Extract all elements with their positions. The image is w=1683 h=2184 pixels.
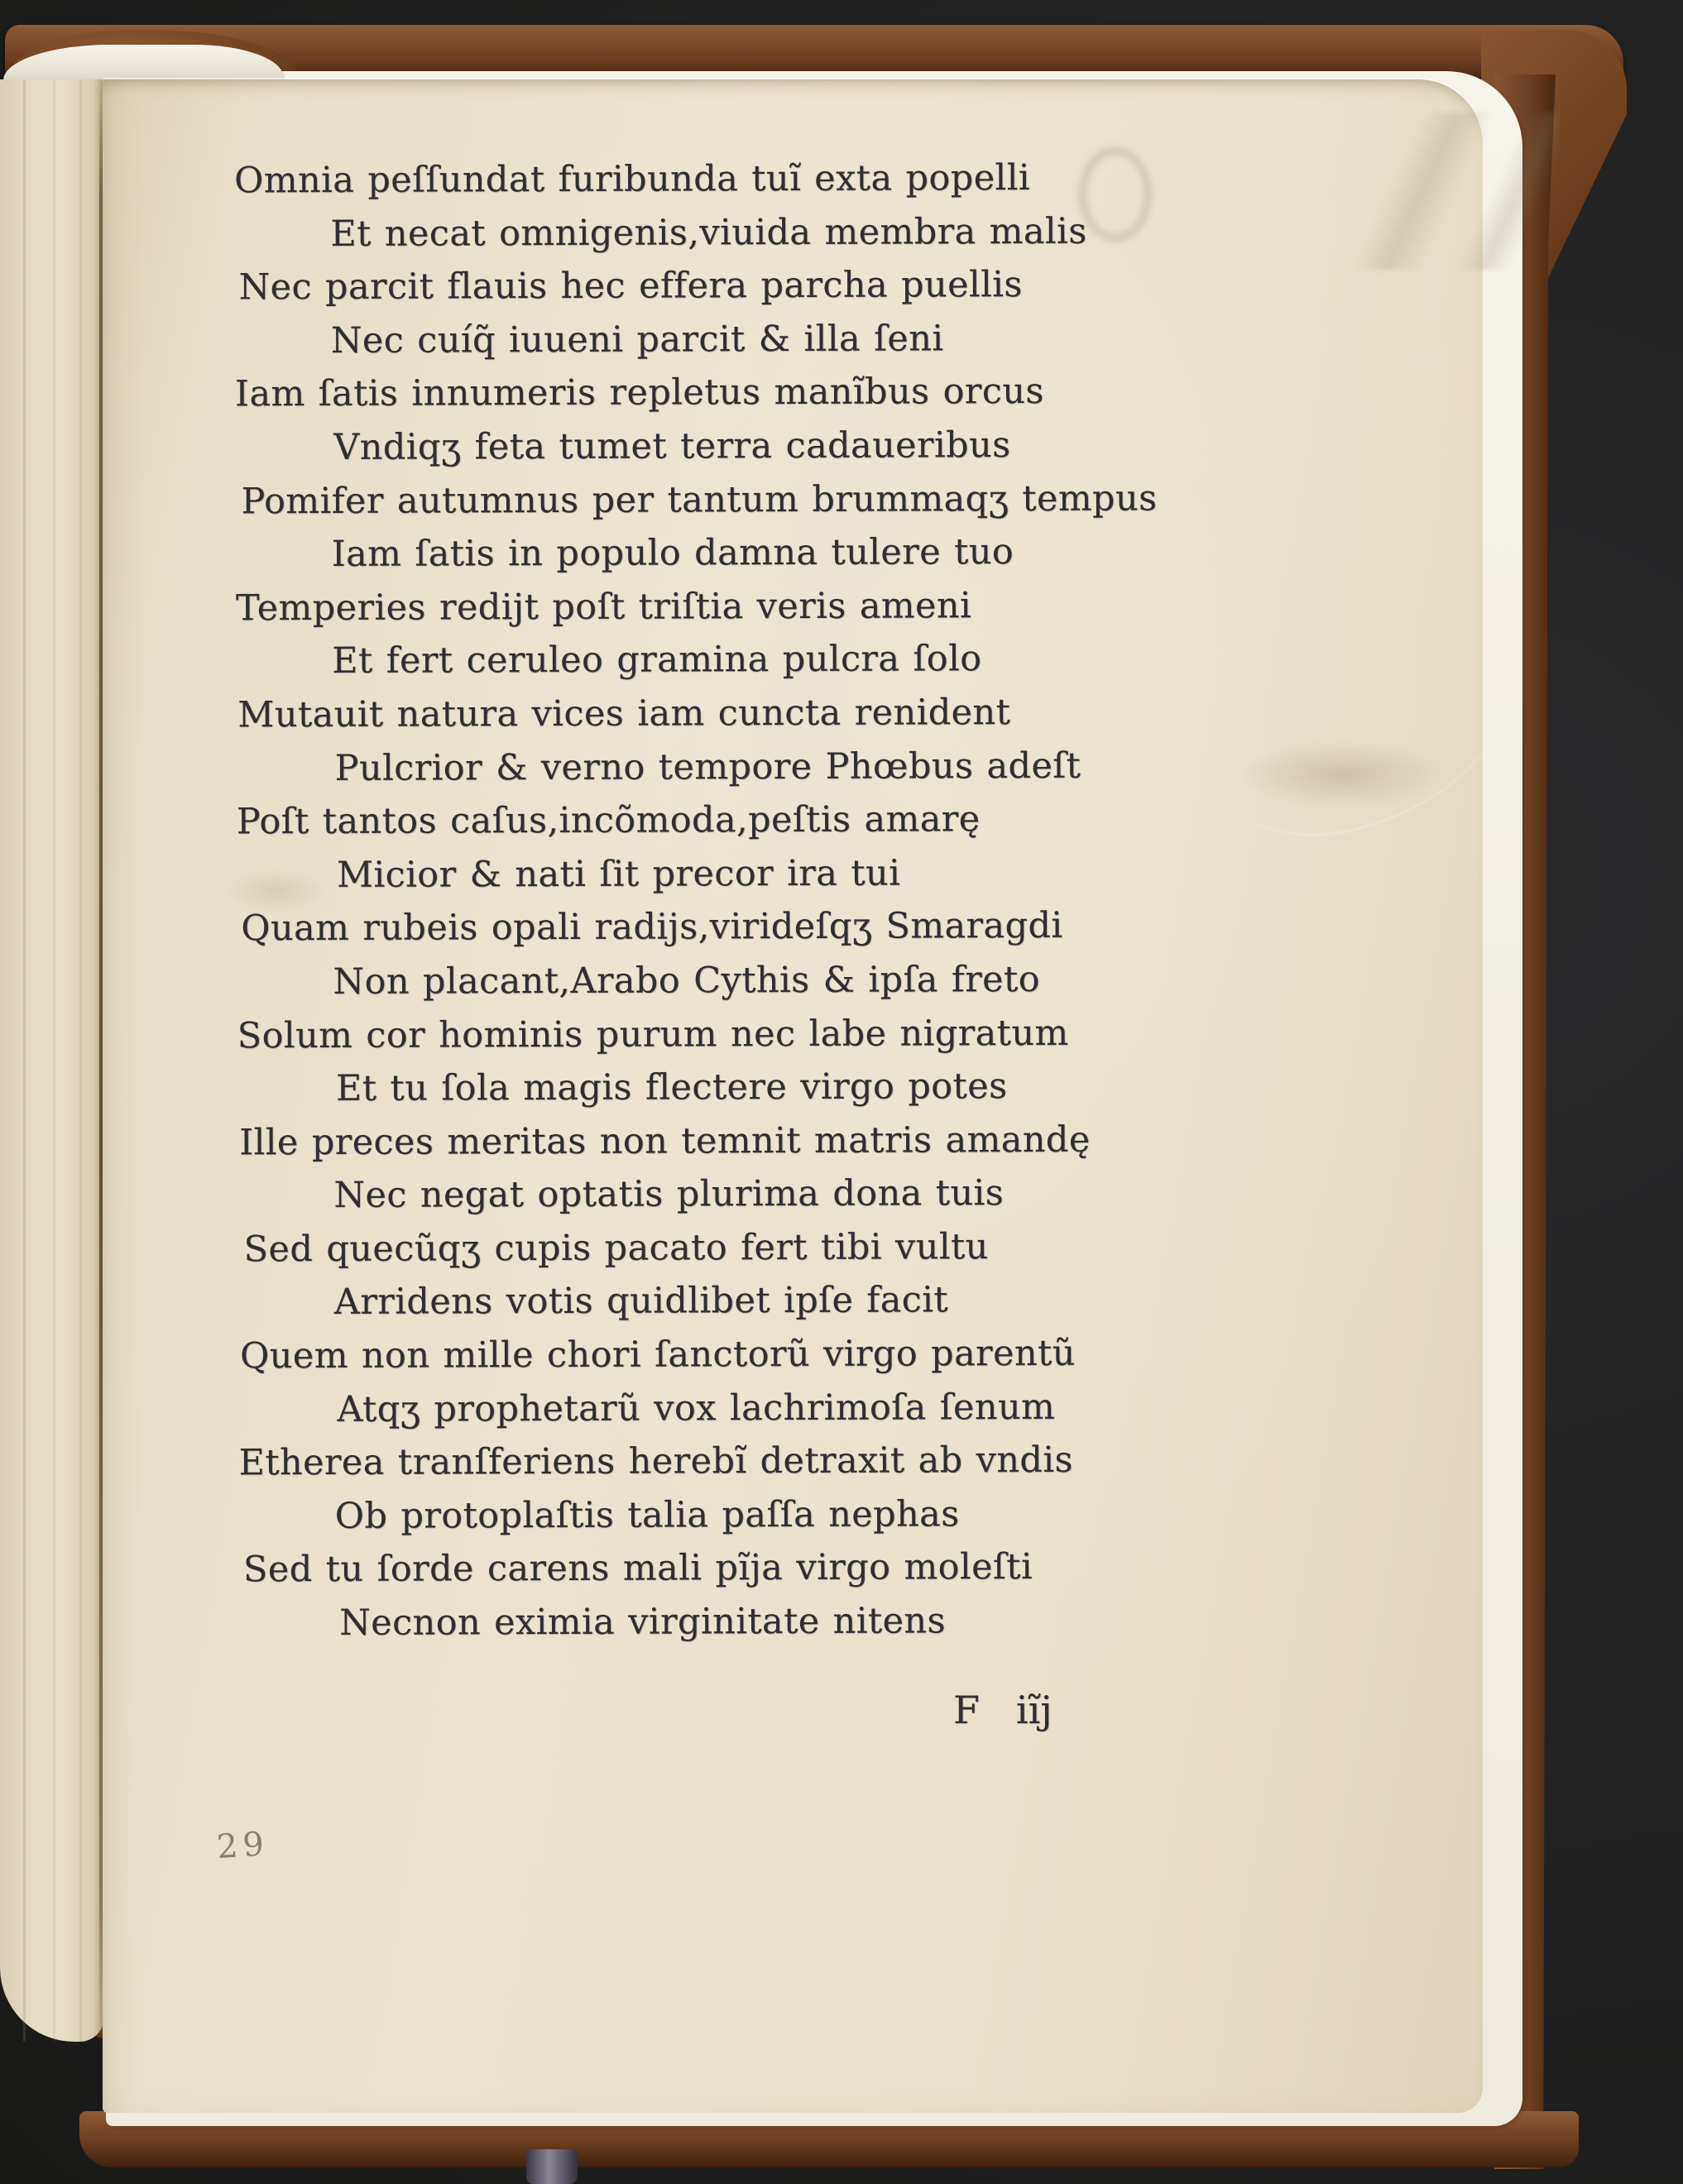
- book-page: Omnia peſſundat furibunda tuĩ exta popel…: [103, 79, 1483, 2113]
- verse-line: Temperies redijt poſt triſtia veris amen…: [100, 577, 1480, 635]
- verse-line: Quam rubeis opali radijs,virideſqʒ Smara…: [105, 898, 1485, 955]
- verse-line: Mutauit natura vices iam cuncta renident: [102, 684, 1482, 742]
- verse-line: Solum cor hominis purum nec labe nigratu…: [102, 1005, 1482, 1063]
- book-photograph: Omnia peſſundat furibunda tuĩ exta popel…: [0, 0, 1683, 2184]
- facing-page-block-edge: [0, 79, 104, 2042]
- verse-line: Et fert ceruleo gramina pulcra ſolo: [102, 630, 1482, 688]
- verse-line: Omnia peſſundat furibunda tuĩ exta popel…: [98, 150, 1479, 208]
- verse-line: Necnon eximia virginitate nitens: [109, 1592, 1489, 1650]
- page-edge-streak: [79, 79, 82, 2042]
- verse-line: Ob protoplaſtis talia paſſa nephas: [105, 1486, 1485, 1544]
- verse-line: Sed quecũqʒ cupis pacato fert tibi vultu: [108, 1219, 1489, 1276]
- verse-line: Vndiqʒ feta tumet terra cadaueribus: [103, 417, 1484, 475]
- verse-line: Iam ſatis in populo damna tulere tuo: [102, 524, 1482, 582]
- verse-line: Nec parcit flauis hec effera parcha puel…: [103, 256, 1483, 314]
- signature-numeral: iĩj: [1016, 1688, 1052, 1732]
- verse-line: Nec cuíq̃ iuueni parcit & illa ſeni: [101, 310, 1481, 368]
- verse-line: Etherea tranſferiens herebĩ detraxit ab …: [103, 1432, 1483, 1490]
- poem-text-block: Omnia peſſundat furibunda tuĩ exta popel…: [100, 77, 1486, 1650]
- handwritten-folio-number: 29: [215, 1825, 270, 1866]
- verse-line: Arridens votis quidlibet ipſe facit: [104, 1272, 1484, 1330]
- page-edge-streak: [23, 79, 26, 2042]
- verse-line: Ille preces meritas non temnit matris am…: [103, 1112, 1484, 1170]
- verse-line: Sed tu ſorde carens mali pĩja virgo mole…: [108, 1540, 1488, 1597]
- verse-line: Poſt tantos caſus,incõmoda,peſtis amarę: [101, 791, 1481, 849]
- verse-line: Non placant,Arabo Cythis & ipſa freto: [103, 951, 1483, 1009]
- verse-line: Pulcrior & verno tempore Phœbus adeſt: [104, 738, 1484, 796]
- verse-line: Nec negat optatis plurima dona tuis: [103, 1165, 1484, 1223]
- verse-line: Iam ſatis innumeris repletus manĩbus orc…: [99, 363, 1479, 421]
- verse-line: Quem non mille chori ſanctorũ virgo pare…: [104, 1325, 1484, 1383]
- verse-line: Atqʒ prophetarũ vox lachrimoſa ſenum: [107, 1379, 1487, 1437]
- verse-line: Et necat omnigenis,viuida membra malis: [100, 204, 1480, 261]
- quire-signature-mark: F iĩj: [953, 1688, 1052, 1732]
- bookmark-ribbon-tail: [526, 2149, 578, 2184]
- signature-letter: F: [953, 1688, 980, 1732]
- verse-line: Pomifer autumnus per tantum brummaqʒ tem…: [105, 471, 1485, 529]
- page-edge-streak: [53, 79, 55, 2042]
- verse-line: Micior & nati ſit precor ira tui: [107, 845, 1487, 903]
- verse-line: Et tu ſola magis flectere virgo potes: [106, 1058, 1486, 1116]
